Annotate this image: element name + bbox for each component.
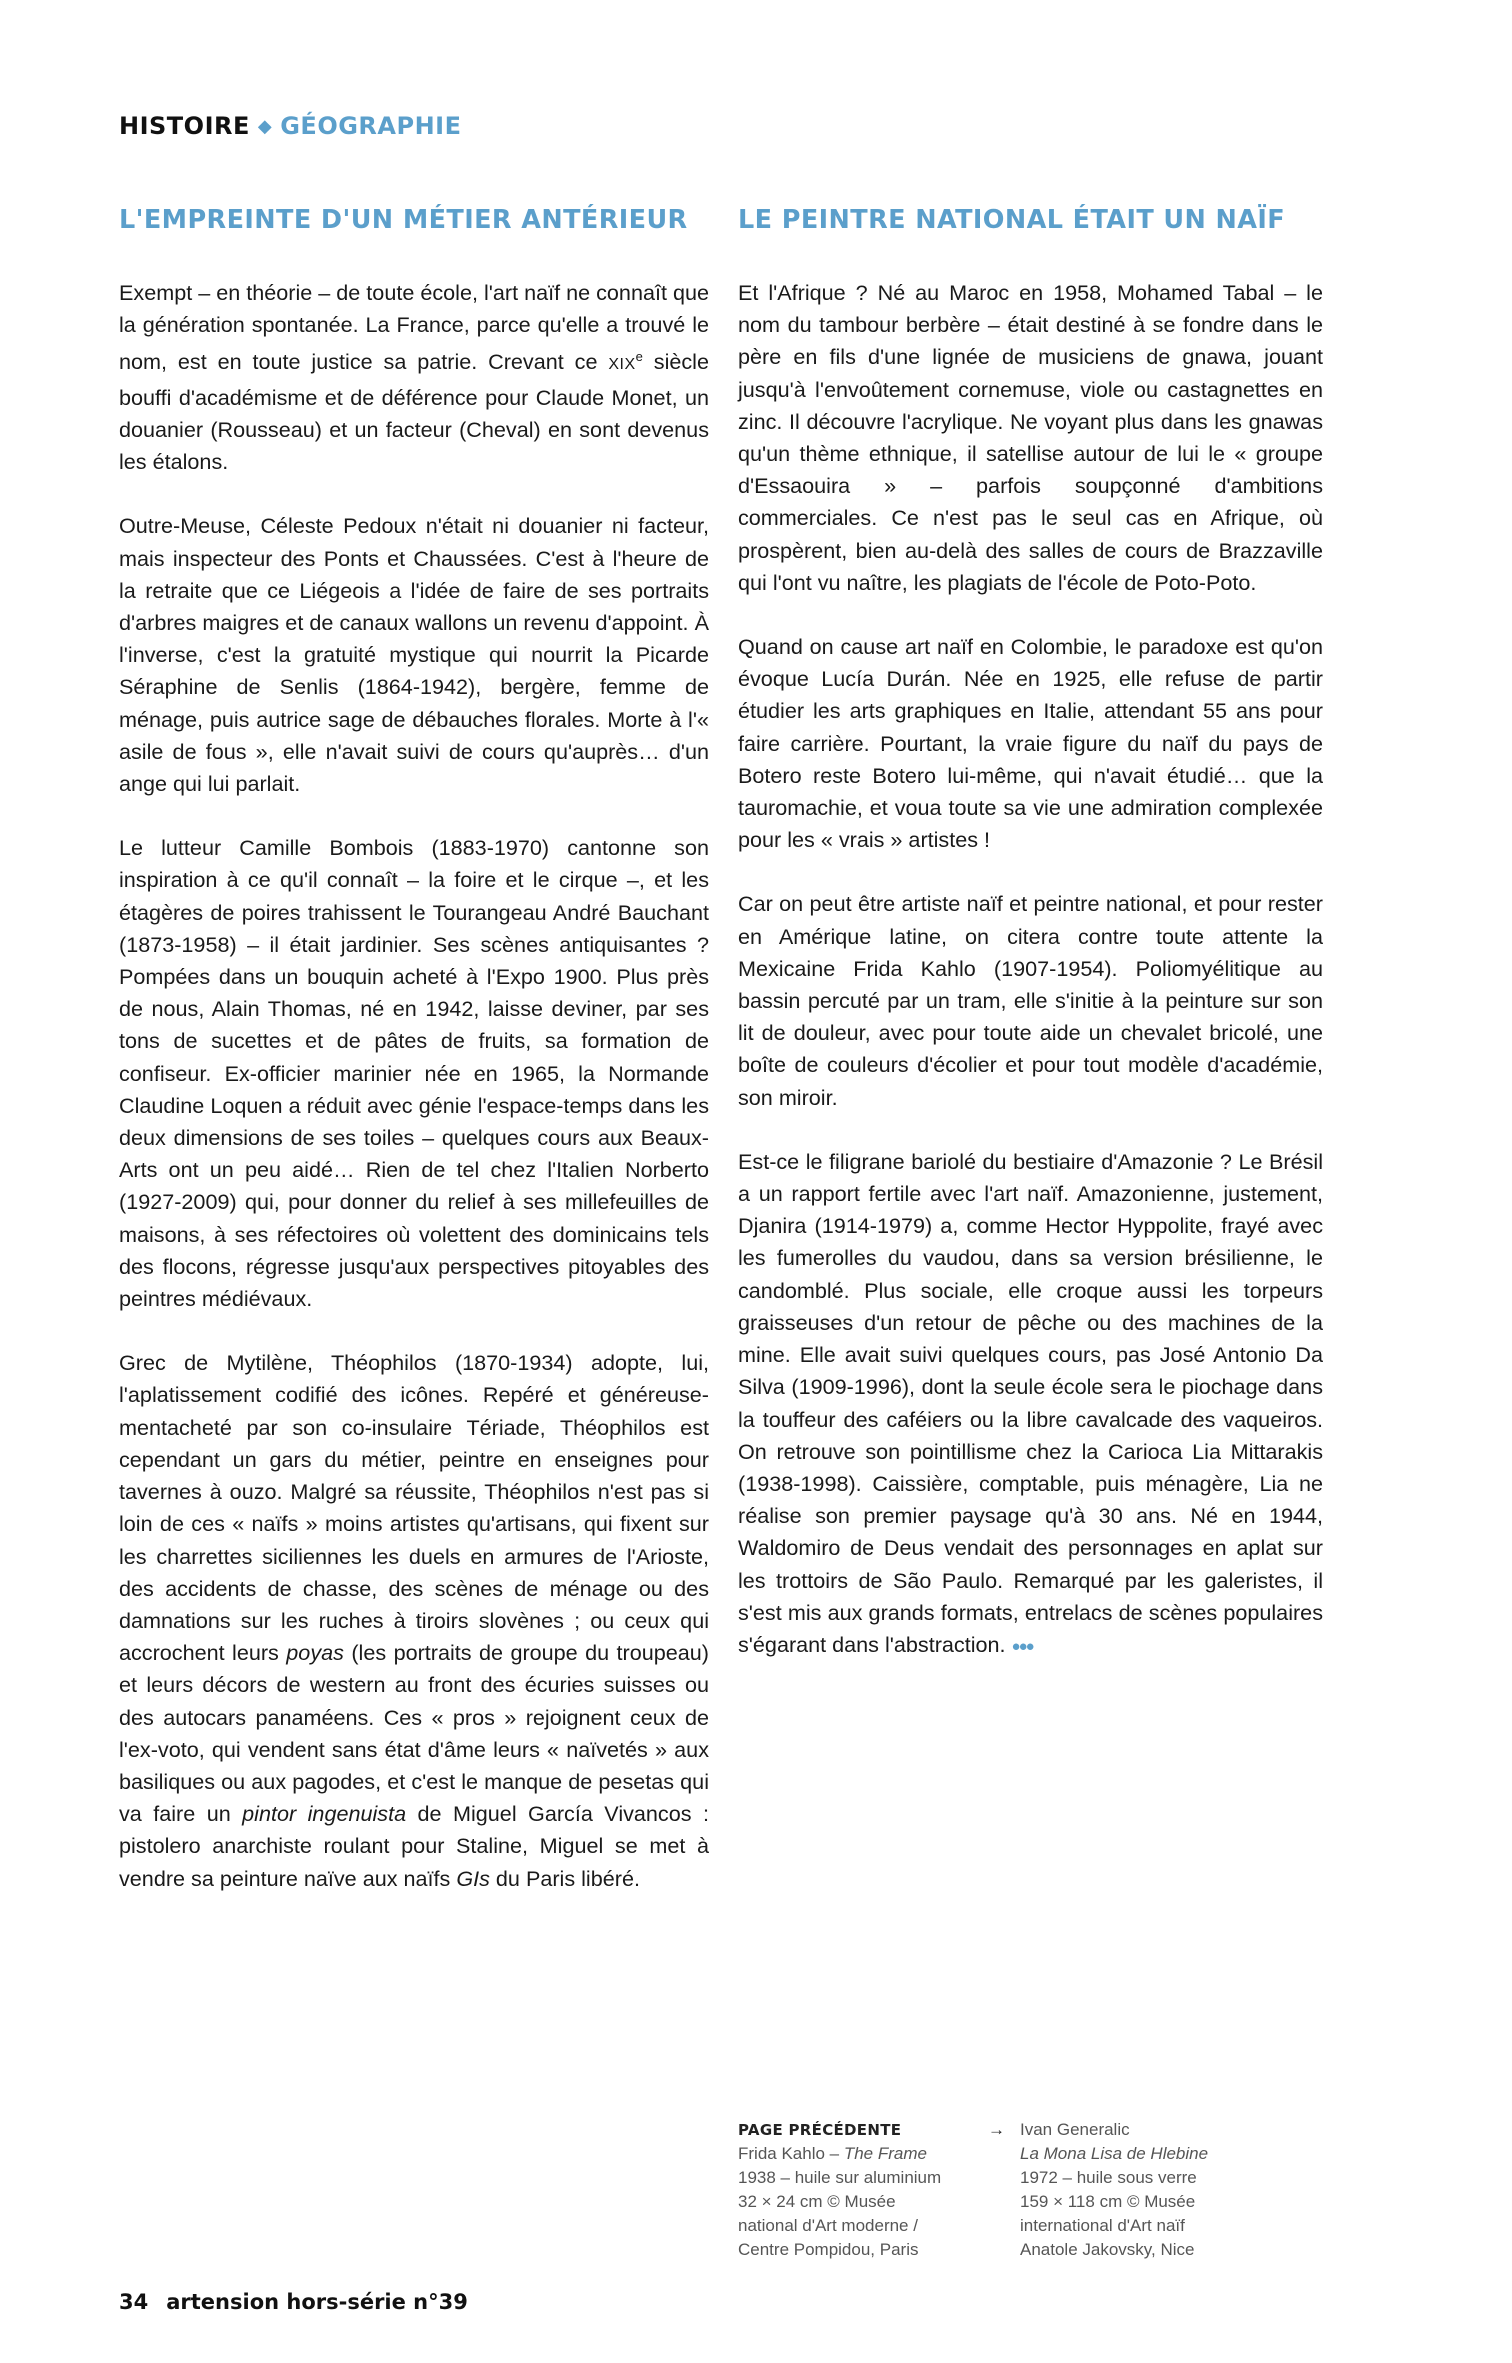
paragraph: Le lutteur Camille Bombois (1883-1970) c… [119,832,709,1315]
italic-term: GIs [456,1866,490,1891]
paragraph: Est-ce le filigrane bariolé du bestiaire… [738,1146,1323,1663]
publication-name: artension hors-série n°39 [166,2290,468,2314]
section-rubric: HISTOIRE◆GÉOGRAPHIE [119,112,461,140]
caption-previous-page: PAGE PRÉCÉDENTE Frida Kahlo – The Frame … [738,2118,998,2262]
caption-label: PAGE PRÉCÉDENTE [738,2118,998,2142]
paragraph: Et l'Afrique ? Né au Maroc en 1958, Moha… [738,277,1323,599]
paragraph: Outre-Meuse, Céleste Pedoux n'était ni d… [119,510,709,800]
page-footer: 34artension hors-série n°39 [119,2290,468,2314]
right-column-heading: LE PEINTRE NATIONAL ÉTAIT UN NAÏF [738,205,1323,235]
italic-term: pintor ingenuista [242,1801,406,1826]
century-numeral: XIX [608,357,635,374]
paragraph: Grec de Mytilène, Théophilos (1870-1934)… [119,1347,709,1894]
end-of-article-dots-icon: ●●● [1012,1638,1033,1655]
artwork-title: La Mona Lisa de Hlebine [1020,2144,1208,2163]
paragraph: Quand on cause art naïf en Colombie, le … [738,631,1323,856]
artwork-title: The Frame [844,2144,927,2163]
rubric-geographie: GÉOGRAPHIE [280,112,461,140]
caption-current-page: → Ivan Generalic La Mona Lisa de Hlebine… [1020,2118,1280,2262]
left-column: L'EMPREINTE D'UN MÉTIER ANTÉRIEUR Exempt… [119,205,709,1927]
left-column-heading: L'EMPREINTE D'UN MÉTIER ANTÉRIEUR [119,205,709,235]
right-column: LE PEINTRE NATIONAL ÉTAIT UN NAÏF Et l'A… [738,205,1323,1695]
paragraph: Car on peut être artiste naïf et peintre… [738,888,1323,1113]
page-number: 34 [119,2290,148,2314]
artist-name: Ivan Generalic [1020,2118,1280,2142]
arrow-right-icon: → [988,2118,1005,2142]
paragraph: Exempt – en théorie – de toute école, l'… [119,277,709,478]
italic-term: poyas [286,1640,344,1665]
rubric-histoire: HISTOIRE [119,112,250,140]
diamond-icon: ◆ [258,116,272,137]
